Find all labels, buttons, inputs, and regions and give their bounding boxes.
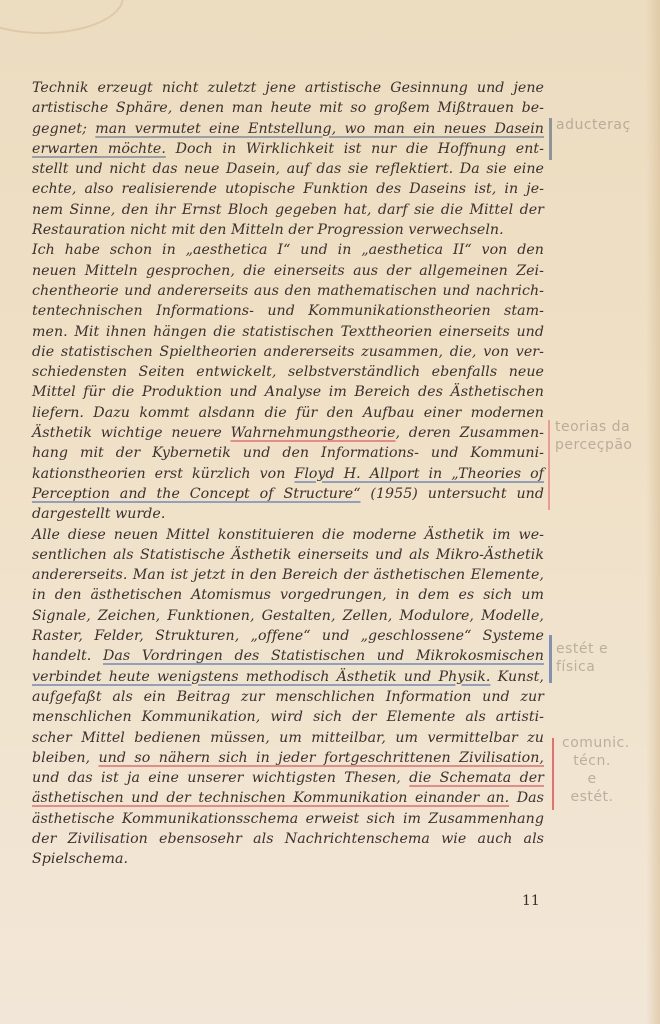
- underlined-passage: Das Vordringen des Statistischen und Mik…: [103, 648, 544, 664]
- text-line: tentechnischen Informations- und Kommuni…: [32, 301, 544, 321]
- text-line: nem Sinne, den ihr Ernst Bloch gegeben h…: [32, 200, 544, 220]
- text-line: aufgefaßt als ein Beitrag zur menschlich…: [32, 687, 544, 707]
- text-line: gegnet; man vermutet eine Entstellung, w…: [32, 119, 544, 139]
- margin-note: comunic. técn. e estét.: [562, 734, 622, 806]
- text-line: scher Mittel bedienen müssen, um mitteil…: [32, 728, 544, 748]
- margin-bar-red: [552, 738, 554, 810]
- text-line: Perception and the Concept of Structure“…: [32, 484, 544, 504]
- margin-bar-blue: [549, 635, 552, 683]
- text-line: bleiben, und so nähern sich in jeder for…: [32, 748, 544, 768]
- text-line: und das ist ja eine unserer wichtigsten …: [32, 768, 544, 788]
- text-line: der Zivilisation ebensosehr als Nachrich…: [32, 829, 544, 849]
- text-line: handelt. Das Vordringen des Statistische…: [32, 646, 544, 666]
- margin-note: teorias da perceçpão: [555, 418, 633, 454]
- text-line: Raster, Felder, Strukturen, „offene“ und…: [32, 626, 544, 646]
- underlined-passage: Perception and the Concept of Structure“: [32, 486, 361, 502]
- text-line: Technik erzeugt nicht zuletzt jene artis…: [32, 78, 544, 98]
- text-line: schiedensten Seiten entwickelt, selbstve…: [32, 362, 544, 382]
- text-line: Signale, Zeichen, Funktionen, Gestalten,…: [32, 606, 544, 626]
- paper-stain: [0, 0, 124, 34]
- text-line: echte, also realisierende utopische Funk…: [32, 179, 544, 199]
- body-text: Technik erzeugt nicht zuletzt jene artis…: [32, 78, 544, 870]
- text-line: ästhetischen und der technischen Kommuni…: [32, 788, 544, 808]
- text-line: Ästhetik wichtige neuere Wahrnehmungsthe…: [32, 423, 544, 443]
- page-number: 11: [522, 893, 540, 909]
- underlined-passage: ästhetischen und der technischen Kommuni…: [32, 790, 509, 806]
- text-line: hang mit der Kybernetik und den Informat…: [32, 443, 544, 463]
- margin-note: estét e física: [556, 640, 608, 676]
- text-line: neuen Mitteln gesprochen, die einerseits…: [32, 261, 544, 281]
- text-line: dargestellt wurde.: [32, 504, 544, 524]
- text-line: Restauration nicht mit den Mitteln der P…: [32, 220, 544, 240]
- text-line: men. Mit ihnen hängen die statistischen …: [32, 322, 544, 342]
- text-line: Ich habe schon in „aesthetica I“ und in …: [32, 240, 544, 260]
- margin-bar-gray: [549, 118, 552, 160]
- text-line: liefern. Dazu kommt alsdann die für den …: [32, 403, 544, 423]
- underlined-passage: erwarten möchte.: [32, 141, 166, 157]
- margin-note: aducteraç: [556, 116, 631, 134]
- underlined-passage: verbindet heute wenigstens methodisch Äs…: [32, 669, 490, 685]
- text-line: Spielschema.: [32, 849, 544, 869]
- text-line: Alle diese neuen Mittel konstituieren di…: [32, 525, 544, 545]
- underlined-passage: und so nähern sich in jeder fortgeschrit…: [99, 750, 545, 766]
- underlined-passage: die Schemata der: [409, 770, 544, 786]
- page-edge: [646, 0, 660, 1024]
- underlined-passage: Wahrnehmungstheorie: [231, 425, 396, 441]
- text-line: menschlichen Kommunikation, wird sich de…: [32, 707, 544, 727]
- text-line: sentlichen als Statistische Ästhetik ein…: [32, 545, 544, 565]
- margin-bar-red: [548, 420, 550, 510]
- text-line: verbindet heute wenigstens methodisch Äs…: [32, 667, 544, 687]
- text-line: andererseits. Man ist jetzt in den Berei…: [32, 565, 544, 585]
- text-line: artistische Sphäre, denen man heute mit …: [32, 98, 544, 118]
- underlined-passage: man vermutet eine Entstellung, wo man ei…: [95, 121, 544, 137]
- text-line: erwarten möchte. Doch in Wirklichkeit is…: [32, 139, 544, 159]
- text-line: Mittel für die Produktion und Analyse im…: [32, 382, 544, 402]
- text-line: kationstheorien erst kürzlich von Floyd …: [32, 464, 544, 484]
- text-line: ästhetische Kommunikationsschema erweist…: [32, 809, 544, 829]
- underlined-passage: Floyd H. Allport in „Theories of: [294, 466, 544, 482]
- text-line: chentheorie und andererseits aus den mat…: [32, 281, 544, 301]
- text-line: in den ästhetischen Atomismus vorgedrung…: [32, 585, 544, 605]
- text-line: die statistischen Spieltheorien anderers…: [32, 342, 544, 362]
- text-line: stellt und nicht das neue Dasein, auf da…: [32, 159, 544, 179]
